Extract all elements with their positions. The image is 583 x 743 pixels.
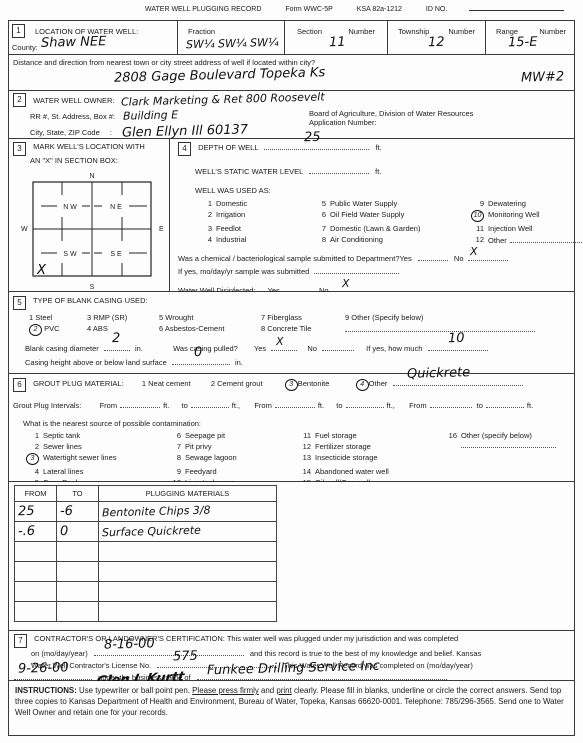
instructions-underlined-1: Please press firmly [192, 686, 259, 695]
quadrant-ne-label: N E [110, 204, 122, 211]
pulled-no-blank [322, 343, 354, 351]
interval-blank [346, 400, 384, 408]
materials-header: PLUGGING MATERIALS [99, 486, 277, 502]
depth-blank: 25 [264, 142, 369, 150]
if-yes-line: If yes, mo/day/yr sample was submitted [178, 266, 582, 276]
to-label: to [477, 401, 483, 410]
certification-text-2: and this record is true to the best of m… [250, 649, 481, 658]
id-no-label: ID NO. [426, 6, 447, 13]
casing-height-label: Casing height above or below land surfac… [25, 358, 167, 367]
use-option-label: Domestic [216, 199, 306, 208]
interval-blank [275, 400, 315, 408]
cell-to: -6 [57, 502, 99, 522]
contam-label: Septic tank [43, 431, 161, 440]
interval-blank [430, 400, 472, 408]
certification-text: CONTRACTOR'S OR LANDOWNER'S CERTIFICATIO… [34, 634, 458, 643]
casing-option-number: 9 [345, 313, 349, 322]
date-plugged-blank: 8-16-00 [94, 648, 244, 656]
section-1-number-box: 1 [12, 24, 25, 38]
from-value: -.6 [18, 524, 35, 539]
to-value: 0 [60, 524, 69, 539]
use-option-number: 11 [462, 224, 484, 233]
circled-3-watertight-sewer: 3 [26, 453, 39, 465]
grout-option-number: 1 [142, 379, 146, 388]
intervals-label: Grout Plug Intervals: [13, 401, 81, 410]
casing-option: 7 Fiberglass [261, 313, 345, 322]
section-3-mark-location: 3 MARK WELL'S LOCATION WITH AN "X" IN SE… [9, 139, 170, 291]
section-6-number-box: 6 [13, 378, 26, 392]
cell-to [57, 562, 99, 582]
use-option-number: 8 [310, 235, 326, 245]
use-option-number: 3 [196, 224, 212, 233]
board-block: Board of Agriculture, Division of Water … [309, 109, 473, 127]
section-5-title-line: 5 TYPE OF BLANK CASING USED: [13, 296, 570, 310]
casing-option: 1 Steel [29, 313, 87, 322]
chem-no-label: No [454, 254, 464, 263]
fraction-value: SW¼ SW¼ SW¼ [186, 36, 279, 51]
contam-label: Pit privy [185, 442, 287, 451]
license-value: 575 [173, 648, 198, 667]
casing-option: 9 Other (Specify below) [345, 313, 570, 322]
diameter-label: Blank casing diameter [25, 344, 99, 353]
contam-number: 2 [23, 442, 39, 451]
circled-4-other: 4 [356, 379, 369, 391]
section-2-number-box: 2 [13, 93, 26, 107]
to-label: to [336, 401, 342, 410]
casing-option-label: Asbestos-Cement [165, 324, 225, 333]
static-level-label: WELL'S STATIC WATER LEVEL [195, 167, 303, 176]
casing-option-label: Concrete Tile [267, 324, 311, 333]
well-id-note: MW#2 [521, 69, 565, 85]
date-plugged-value: 8-16-00 [104, 635, 155, 655]
casing-option-label: Steel [35, 313, 52, 322]
contam-label: Watertight sewer lines [43, 453, 161, 465]
grout-option-label: Cement grout [217, 379, 262, 388]
casing-option-number: 4 [87, 324, 91, 333]
use-option-other: Other [488, 235, 582, 245]
ft-label: ft. [163, 401, 169, 410]
chem-sample-line: Was a chemical / bacteriological sample … [178, 253, 582, 263]
from-label: From [100, 401, 118, 410]
quadrant-se-label: S E [110, 251, 122, 258]
casing-option-label: PVC [44, 324, 59, 333]
section-value: 11 [329, 35, 346, 50]
cell-from [15, 562, 57, 582]
cell-to [57, 542, 99, 562]
use-option-label: Irrigation [216, 210, 306, 222]
table-row: -.6 0 Surface Quickrete [15, 522, 277, 542]
application-number-label: Application Number: [309, 118, 473, 127]
form-title: WATER WELL PLUGGING RECORD [145, 6, 261, 13]
casing-option: 8 Concrete Tile [261, 324, 345, 336]
county-value: Shaw NEE [41, 34, 107, 51]
statute-ref: KSA 82a-1212 [357, 6, 402, 13]
table-row [15, 542, 277, 562]
use-option-number: 2 [196, 210, 212, 222]
grout-option-bentonite-circled: 3Bentonite [285, 379, 330, 388]
cell-material [99, 542, 277, 562]
from-header: FROM [15, 486, 57, 502]
range-value: 15-E [508, 35, 538, 51]
casing-options-row-2: 2 PVC 4 ABS 6 Asbestos-Cement 8 Concrete… [29, 324, 570, 336]
chem-sample-question: Was a chemical / bacteriological sample … [178, 254, 412, 263]
interval-blank [120, 400, 160, 408]
pulled-yes-blank: X [271, 343, 297, 351]
from-value: 25 [18, 504, 35, 519]
section-number-cell: Section Number 11 [284, 21, 387, 54]
section-5-number-box: 5 [13, 296, 26, 310]
pulled-no-label: No [307, 344, 317, 353]
contam-number: 16 [437, 431, 457, 440]
contam-number: 4 [23, 467, 39, 476]
use-option-label: Oil Field Water Supply [330, 210, 458, 222]
address-label: RR #, St. Address, Box #: [30, 112, 115, 121]
contam-label: Lateral lines [43, 467, 161, 476]
grout-intervals-line: Grout Plug Intervals: Fromft. toft., Fro… [13, 400, 570, 410]
section-3-number-box: 3 [13, 142, 26, 156]
range-cell: Range Number 15-E [485, 21, 574, 54]
casing-option-label: Wrought [165, 313, 193, 322]
location-cell: 1 LOCATION OF WATER WELL: County: Shaw N… [9, 21, 177, 54]
empty-cell [461, 453, 570, 465]
use-option-label: Dewatering [488, 199, 582, 208]
diameter-blank: 2 [104, 343, 130, 351]
date-completed-blank: 9-26-00 [14, 672, 92, 680]
diameter-in-label: in. [135, 344, 143, 353]
use-option-label: Injection Well [488, 224, 582, 233]
casing-option: 6 Asbestos-Cement [159, 324, 261, 336]
instructions-text-2: and [259, 686, 277, 695]
casing-height-value: 0 [194, 345, 203, 360]
city-value: Glen Ellyn Ill 60137 [122, 122, 248, 140]
material-value: Bentonite Chips 3/8 [102, 504, 211, 520]
contam-number: 6 [165, 431, 181, 440]
casing-option-pvc-circled: 2 PVC [29, 324, 87, 336]
casing-title: TYPE OF BLANK CASING USED: [33, 296, 148, 305]
grout-option-other-circled: 4Other [356, 379, 388, 388]
distance-value: 2808 Gage Boulevard Topeka Ks [114, 65, 326, 86]
ft-label: ft. [318, 401, 324, 410]
water-well-plugging-record-form: WATER WELL PLUGGING RECORD Form WWC-5P K… [0, 0, 583, 743]
casing-options-row-1: 1 Steel 3 RMP (SR) 5 Wrought 7 Fiberglas… [29, 313, 570, 322]
casing-option-label: Other (Specify below) [351, 313, 423, 322]
address-value: Building E [123, 108, 178, 122]
table-row [15, 602, 277, 622]
use-option-number: 4 [196, 235, 212, 245]
ft-label: ft. [527, 401, 533, 410]
cell-material [99, 562, 277, 582]
city-line: City, State, ZIP Code : Glen Ellyn Ill 6… [30, 124, 570, 139]
casing-height-blank: 0 [172, 357, 230, 365]
casing-height-in-label: in. [235, 358, 243, 367]
section-4-well-info: 4 DEPTH OF WELL 25 ft. WELL'S STATIC WAT… [170, 139, 582, 291]
section-4-number-box: 4 [178, 142, 191, 156]
depth-of-well-label: DEPTH OF WELL [198, 143, 258, 152]
casing-option: 5 Wrought [159, 313, 261, 322]
use-option-number-circled: 10 [462, 210, 484, 222]
circled-10-monitoring-well: 10 [471, 210, 484, 222]
use-option-label: Public Water Supply [330, 199, 458, 208]
cell-from: 25 [15, 502, 57, 522]
contam-label: Fuel storage [315, 431, 433, 440]
depth-value: 25 [304, 130, 321, 145]
section-5-casing: 5 TYPE OF BLANK CASING USED: 1 Steel 3 R… [8, 292, 575, 374]
contam-label: Seepage pit [185, 431, 287, 440]
use-option-label: Monitoring Well [488, 210, 582, 222]
table-row: 25 -6 Bentonite Chips 3/8 [15, 502, 277, 522]
form-header: WATER WELL PLUGGING RECORD Form WWC-5P K… [145, 4, 583, 13]
on-date-label: on (mo/day/year) [31, 649, 88, 658]
distance-row: Distance and direction from nearest town… [8, 55, 575, 91]
casing-option-number: 3 [87, 313, 91, 322]
grout-option: 1 Neat cement [142, 379, 191, 388]
use-option-number: 1 [196, 199, 212, 208]
casing-diameter-line: Blank casing diameter 2 in. Was casing p… [25, 343, 570, 353]
casing-option-label: ABS [93, 324, 108, 333]
compass-n-label: N [89, 173, 94, 180]
cell-material: Bentonite Chips 3/8 [99, 502, 277, 522]
section-3-title: 3 MARK WELL'S LOCATION WITH [13, 142, 169, 156]
use-option-label: Domestic (Lawn & Garden) [330, 224, 458, 233]
use-option-label: Air Conditioning [330, 235, 458, 245]
empty-cell [461, 467, 570, 476]
cell-from [15, 542, 57, 562]
use-option-number: 9 [462, 199, 484, 208]
owner-value: Clark Marketing & Ret 800 Roosevelt [120, 90, 324, 108]
empty-cell [437, 442, 457, 451]
casing-option-label: Fiberglass [267, 313, 302, 322]
depth-ft-label: ft. [375, 143, 381, 152]
grout-title: GROUT PLUG MATERIAL: [33, 379, 124, 388]
mark-location-title-2: AN "X" IN SECTION BOX: [30, 156, 169, 165]
owner-label: WATER WELL OWNER: [33, 96, 114, 105]
use-option-label: Other [488, 236, 507, 245]
how-much-label: If yes, how much [366, 344, 422, 353]
casing-option-number: 7 [261, 313, 265, 322]
mark-location-title-1: MARK WELL'S LOCATION WITH [33, 142, 145, 151]
city-colon: : [110, 128, 112, 137]
interval-blank [191, 400, 229, 408]
use-option-number: 12 [462, 235, 484, 245]
plugging-materials-table: FROM TO PLUGGING MATERIALS 25 -6 Bentoni… [14, 485, 277, 622]
grout-option-label: Neat cement [148, 379, 191, 388]
section-box-diagram: N S W E N W N E S W [17, 169, 169, 291]
from-label: From [409, 401, 427, 410]
grout-other-value: Quickrete [406, 365, 470, 382]
form-body: 1 LOCATION OF WATER WELL: County: Shaw N… [8, 20, 575, 736]
chem-yes-blank [418, 253, 448, 261]
compass-s-label: S [90, 284, 95, 291]
casing-option-number: 1 [29, 313, 33, 322]
ft-comma-label: ft., [387, 401, 395, 410]
casing-option-label: RMP (SR) [93, 313, 127, 322]
grout-other-blank: Quickrete [393, 378, 523, 386]
circled-3-bentonite: 3 [285, 379, 298, 391]
use-option-number: 5 [310, 199, 326, 208]
diameter-value: 2 [112, 331, 121, 346]
cell-from [15, 602, 57, 622]
township-number-label: Number [448, 27, 475, 36]
contam-number-circled: 3 [23, 453, 39, 465]
use-other-blank [510, 235, 582, 243]
contam-number: 14 [291, 467, 311, 476]
sample-date-blank [314, 266, 399, 274]
fraction-cell: Fraction SW¼ SW¼ SW¼ [177, 21, 284, 54]
distance-label: Distance and direction from nearest town… [13, 58, 315, 67]
grout-option-label: Other [369, 379, 388, 388]
use-option-label: Industrial [216, 235, 306, 245]
instructions-box: INSTRUCTIONS: Use typewriter or ball poi… [8, 681, 575, 736]
contam-number: 12 [291, 442, 311, 451]
casing-pulled-label: Was casing pulled? [173, 344, 238, 353]
range-number-label: Number [539, 27, 566, 36]
form-number: Form WWC-5P [285, 6, 332, 13]
contam-number: 7 [165, 442, 181, 451]
fraction-label: Fraction [188, 27, 215, 36]
interval-blank [486, 400, 524, 408]
casing-other-blank [345, 324, 535, 332]
contamination-options: 1Septic tank 6Seepage pit 11Fuel storage… [23, 431, 570, 487]
section-2-owner: 2 WATER WELL OWNER: Clark Marketing & Re… [8, 91, 575, 139]
chem-no-blank: X [468, 253, 508, 261]
cell-material: Surface Quickrete [99, 522, 277, 542]
circled-2-pvc: 2 [29, 324, 42, 336]
contam-number: 13 [291, 453, 311, 465]
contam-label: Insecticide storage [315, 453, 433, 465]
city-label: City, State, ZIP Code [30, 128, 100, 137]
to-value: -6 [60, 504, 73, 519]
township-label: Township [398, 27, 429, 36]
static-level-line: WELL'S STATIC WATER LEVEL ft. [195, 166, 582, 176]
casing-option: 3 RMP (SR) [87, 313, 159, 322]
cert-line-2: on (mo/day/year) 8-16-00 and this record… [31, 648, 569, 660]
id-no-blank [469, 4, 564, 11]
casing-option-number: 8 [261, 324, 265, 333]
section-7-certification: 7 CONTRACTOR'S OR LANDOWNER'S CERTIFICAT… [8, 631, 575, 681]
township-value: 12 [428, 35, 445, 50]
pulled-yes-x-mark: X [276, 335, 284, 348]
contam-number: 9 [165, 467, 181, 476]
instructions-text-1: Use typewriter or ball point pen. [77, 686, 192, 695]
disinfected-no-x-mark: X [342, 277, 350, 290]
quadrant-nw-label: N W [63, 204, 77, 211]
instructions-label: INSTRUCTIONS: [15, 686, 77, 695]
contamination-label: What is the nearest source of possible c… [23, 419, 570, 428]
grout-option: 2 Cement grout [211, 379, 263, 388]
contam-number: 1 [23, 431, 39, 440]
static-level-blank [309, 166, 369, 174]
casing-option-number: 6 [159, 324, 163, 333]
how-much-value: 10 [447, 331, 464, 346]
well-location-x-mark: X [36, 263, 47, 278]
table-header-row: FROM TO PLUGGING MATERIALS [15, 486, 277, 502]
cell-from: -.6 [15, 522, 57, 542]
empty-cell [437, 453, 457, 465]
empty-cell [437, 467, 457, 476]
to-header: TO [57, 486, 99, 502]
static-ft-label: ft. [375, 167, 381, 176]
contam-label: Abandoned water well [315, 467, 433, 476]
business-name-blank: Funkee Drilling Service Inc [197, 672, 447, 680]
contam-label: Sewage lagoon [185, 453, 287, 465]
section-1-location: 1 LOCATION OF WATER WELL: County: Shaw N… [8, 20, 575, 55]
table-row [15, 562, 277, 582]
cell-to [57, 582, 99, 602]
contam-label: Fertilizer storage [315, 442, 433, 451]
compass-w-label: W [21, 226, 28, 233]
well-use-options: 1Domestic 5Public Water Supply 9Dewateri… [196, 199, 582, 245]
instructions-underlined-2: print [276, 686, 291, 695]
cell-from [15, 582, 57, 602]
contam-number: 8 [165, 453, 181, 465]
contam-label: Other (specify below) [461, 431, 570, 440]
contam-label: Sewer lines [43, 442, 161, 451]
how-much-blank: 10 [428, 343, 488, 351]
table-row [15, 582, 277, 602]
well-used-as-label: WELL WAS USED AS: [195, 186, 582, 195]
contam-label: Feedyard [185, 467, 287, 476]
grout-material-line: 6 GROUT PLUG MATERIAL: 1 Neat cement 2 C… [13, 378, 570, 392]
compass-e-label: E [159, 226, 164, 233]
material-value: Surface Quickrete [102, 524, 201, 540]
section-6-grout: 6 GROUT PLUG MATERIAL: 1 Neat cement 2 C… [8, 374, 575, 482]
date-completed-value: 9-26-00 [18, 659, 69, 679]
township-cell: Township Number 12 [387, 21, 485, 54]
cell-to [57, 602, 99, 622]
casing-option-number: 5 [159, 313, 163, 322]
section-label: Section [297, 27, 322, 36]
section-7-number-box: 7 [14, 634, 27, 648]
use-option-number: 7 [310, 224, 326, 233]
pulled-yes-label: Yes [254, 344, 266, 353]
cert-line-1: 7 CONTRACTOR'S OR LANDOWNER'S CERTIFICAT… [14, 634, 569, 648]
contam-other-blank [461, 442, 556, 448]
cell-material [99, 582, 277, 602]
casing-option: 4 ABS [87, 324, 159, 336]
depth-line: 4 DEPTH OF WELL 25 ft. [178, 142, 582, 156]
section-number-label: Number [348, 27, 375, 36]
county-label: County: [12, 43, 38, 52]
cell-material [99, 602, 277, 622]
ft-comma-label: ft., [232, 401, 240, 410]
to-label: to [182, 401, 188, 410]
casing-height-line: Casing height above or below land surfac… [25, 357, 570, 367]
business-name-value: Funkee Drilling Service Inc [207, 657, 380, 680]
grout-option-label: Bentonite [298, 379, 330, 388]
quadrant-sw-label: S W [63, 251, 77, 258]
if-yes-label: If yes, mo/day/yr sample was submitted [178, 267, 309, 276]
owner-line: 2 WATER WELL OWNER: Clark Marketing & Re… [13, 93, 570, 107]
use-option-label: Feedlot [216, 224, 306, 233]
cell-to: 0 [57, 522, 99, 542]
grout-option-number: 2 [211, 379, 215, 388]
board-line: Board of Agriculture, Division of Water … [309, 109, 473, 118]
section-3-4: 3 MARK WELL'S LOCATION WITH AN "X" IN SE… [8, 139, 575, 292]
chem-no-x-mark: X [469, 245, 477, 258]
address-line: RR #, St. Address, Box #: Building E [30, 109, 570, 122]
use-option-number: 6 [310, 210, 326, 222]
contam-number: 11 [291, 431, 311, 440]
from-label: From [254, 401, 272, 410]
plugging-table-area: FROM TO PLUGGING MATERIALS 25 -6 Bentoni… [8, 482, 575, 631]
